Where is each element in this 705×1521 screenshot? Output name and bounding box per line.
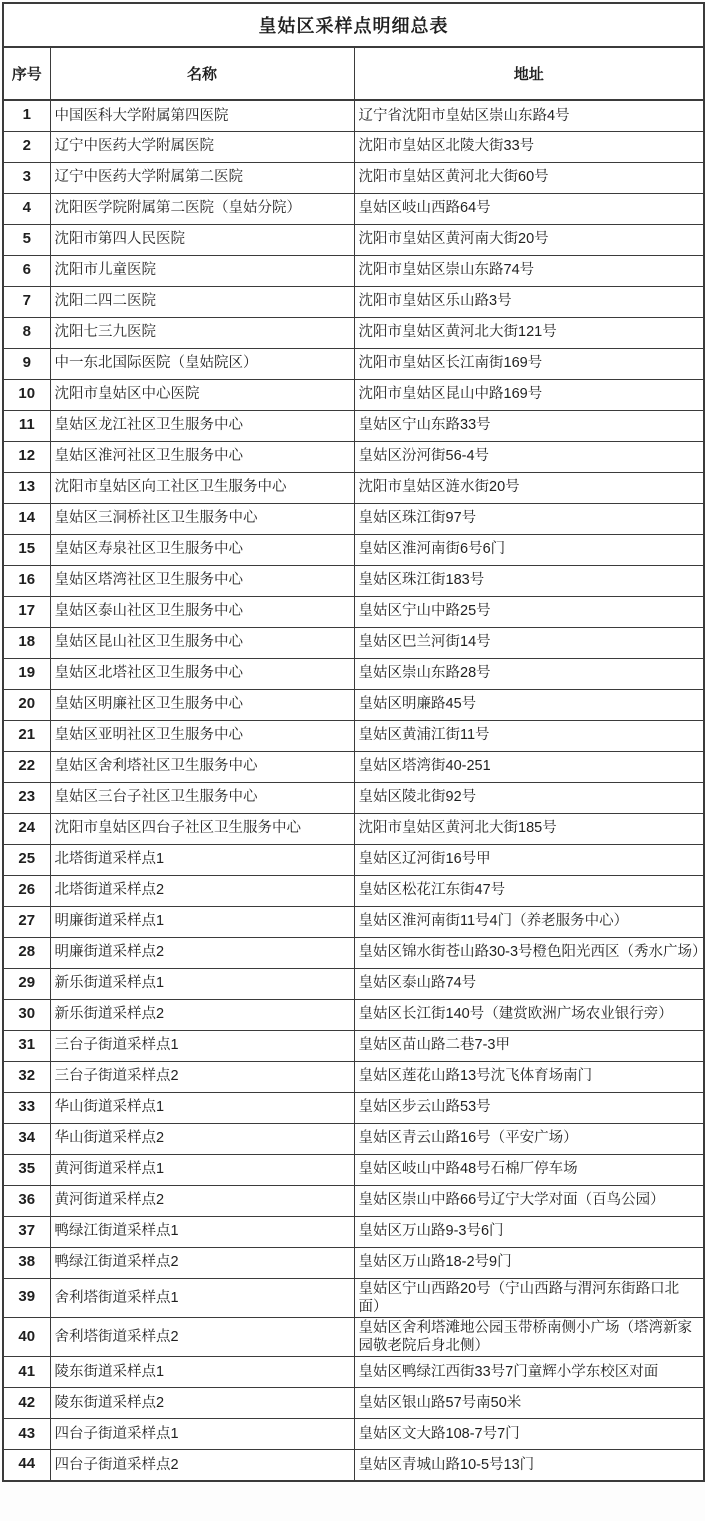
site-name: 皇姑区舍利塔社区卫生服务中心: [50, 751, 354, 782]
row-number: 31: [3, 1030, 50, 1061]
table-row: 43 四台子街道采样点1 皇姑区文大路108-7号7门: [3, 1419, 704, 1450]
row-number: 13: [3, 472, 50, 503]
site-name: 三台子街道采样点2: [50, 1061, 354, 1092]
row-number: 29: [3, 968, 50, 999]
row-number: 14: [3, 503, 50, 534]
site-address: 皇姑区明廉路45号: [354, 689, 704, 720]
site-address: 皇姑区万山路18-2号9门: [354, 1247, 704, 1278]
site-name: 新乐街道采样点1: [50, 968, 354, 999]
site-name: 华山街道采样点2: [50, 1123, 354, 1154]
row-number: 40: [3, 1317, 50, 1356]
row-number: 38: [3, 1247, 50, 1278]
row-number: 20: [3, 689, 50, 720]
table-row: 37 鸭绿江街道采样点1 皇姑区万山路9-3号6门: [3, 1216, 704, 1247]
site-address: 皇姑区塔湾街40-251: [354, 751, 704, 782]
site-name: 鸭绿江街道采样点1: [50, 1216, 354, 1247]
site-address: 皇姑区长江街140号（建赏欧洲广场农业银行旁）: [354, 999, 704, 1030]
table-row: 13 沈阳市皇姑区向工社区卫生服务中心 沈阳市皇姑区涟水街20号: [3, 472, 704, 503]
row-number: 11: [3, 410, 50, 441]
table-row: 29 新乐街道采样点1 皇姑区泰山路74号: [3, 968, 704, 999]
site-name: 皇姑区三台子社区卫生服务中心: [50, 782, 354, 813]
row-number: 10: [3, 379, 50, 410]
row-number: 16: [3, 565, 50, 596]
site-name: 中一东北国际医院（皇姑院区）: [50, 348, 354, 379]
site-name: 皇姑区亚明社区卫生服务中心: [50, 720, 354, 751]
title-row: 皇姑区采样点明细总表: [3, 3, 704, 47]
site-address: 皇姑区莲花山路13号沈飞体育场南门: [354, 1061, 704, 1092]
site-address: 皇姑区岐山中路48号石棉厂停车场: [354, 1154, 704, 1185]
row-number: 3: [3, 162, 50, 193]
table-row: 22 皇姑区舍利塔社区卫生服务中心 皇姑区塔湾街40-251: [3, 751, 704, 782]
row-number: 15: [3, 534, 50, 565]
site-address: 沈阳市皇姑区黄河北大街121号: [354, 317, 704, 348]
site-name: 黄河街道采样点1: [50, 1154, 354, 1185]
site-name: 北塔街道采样点1: [50, 844, 354, 875]
row-number: 27: [3, 906, 50, 937]
site-name: 四台子街道采样点2: [50, 1450, 354, 1481]
site-address: 皇姑区珠江街97号: [354, 503, 704, 534]
table-row: 31 三台子街道采样点1 皇姑区苗山路二巷7-3甲: [3, 1030, 704, 1061]
col-header-address: 地址: [354, 47, 704, 100]
site-name: 黄河街道采样点2: [50, 1185, 354, 1216]
table-row: 12 皇姑区淮河社区卫生服务中心 皇姑区汾河街56-4号: [3, 441, 704, 472]
site-address: 沈阳市皇姑区黄河北大街60号: [354, 162, 704, 193]
site-address: 皇姑区泰山路74号: [354, 968, 704, 999]
row-number: 28: [3, 937, 50, 968]
table-row: 2 辽宁中医药大学附属医院 沈阳市皇姑区北陵大街33号: [3, 131, 704, 162]
site-address: 皇姑区岐山西路64号: [354, 193, 704, 224]
site-address: 皇姑区舍利塔滩地公园玉带桥南侧小广场（塔湾新家园敬老院后身北侧）: [354, 1317, 704, 1356]
site-address: 皇姑区辽河街16号甲: [354, 844, 704, 875]
site-name: 明廉街道采样点1: [50, 906, 354, 937]
table-row: 28 明廉街道采样点2 皇姑区锦水街苍山路30-3号橙色阳光西区（秀水广场）: [3, 937, 704, 968]
site-address: 皇姑区文大路108-7号7门: [354, 1419, 704, 1450]
row-number: 42: [3, 1388, 50, 1419]
site-address: 皇姑区银山路57号南50米: [354, 1388, 704, 1419]
row-number: 5: [3, 224, 50, 255]
table-row: 23 皇姑区三台子社区卫生服务中心 皇姑区陵北街92号: [3, 782, 704, 813]
site-address: 皇姑区珠江街183号: [354, 565, 704, 596]
site-address: 皇姑区陵北街92号: [354, 782, 704, 813]
table-row: 17 皇姑区泰山社区卫生服务中心 皇姑区宁山中路25号: [3, 596, 704, 627]
table-body: 1 中国医科大学附属第四医院 辽宁省沈阳市皇姑区崇山东路4号 2 辽宁中医药大学…: [3, 100, 704, 1481]
row-number: 22: [3, 751, 50, 782]
site-name: 北塔街道采样点2: [50, 875, 354, 906]
site-name: 沈阳市皇姑区向工社区卫生服务中心: [50, 472, 354, 503]
table-row: 27 明廉街道采样点1 皇姑区淮河南街11号4门（养老服务中心）: [3, 906, 704, 937]
site-name: 陵东街道采样点2: [50, 1388, 354, 1419]
row-number: 2: [3, 131, 50, 162]
table-row: 16 皇姑区塔湾社区卫生服务中心 皇姑区珠江街183号: [3, 565, 704, 596]
site-address: 皇姑区黄浦江街11号: [354, 720, 704, 751]
site-name: 沈阳市儿童医院: [50, 255, 354, 286]
row-number: 25: [3, 844, 50, 875]
site-name: 中国医科大学附属第四医院: [50, 100, 354, 131]
site-name: 沈阳市第四人民医院: [50, 224, 354, 255]
row-number: 43: [3, 1419, 50, 1450]
table-row: 10 沈阳市皇姑区中心医院 沈阳市皇姑区昆山中路169号: [3, 379, 704, 410]
row-number: 23: [3, 782, 50, 813]
site-address: 沈阳市皇姑区北陵大街33号: [354, 131, 704, 162]
table-row: 35 黄河街道采样点1 皇姑区岐山中路48号石棉厂停车场: [3, 1154, 704, 1185]
table-row: 44 四台子街道采样点2 皇姑区青城山路10-5号13门: [3, 1450, 704, 1481]
site-address: 皇姑区宁山东路33号: [354, 410, 704, 441]
site-name: 舍利塔街道采样点1: [50, 1278, 354, 1317]
site-name: 陵东街道采样点1: [50, 1357, 354, 1388]
table-row: 8 沈阳七三九医院 沈阳市皇姑区黄河北大街121号: [3, 317, 704, 348]
site-address: 皇姑区松花江东街47号: [354, 875, 704, 906]
row-number: 34: [3, 1123, 50, 1154]
column-header-row: 序号 名称 地址: [3, 47, 704, 100]
site-address: 皇姑区青城山路10-5号13门: [354, 1450, 704, 1481]
row-number: 8: [3, 317, 50, 348]
row-number: 4: [3, 193, 50, 224]
row-number: 17: [3, 596, 50, 627]
site-address: 皇姑区宁山中路25号: [354, 596, 704, 627]
table-row: 36 黄河街道采样点2 皇姑区崇山中路66号辽宁大学对面（百鸟公园）: [3, 1185, 704, 1216]
row-number: 12: [3, 441, 50, 472]
row-number: 7: [3, 286, 50, 317]
row-number: 41: [3, 1357, 50, 1388]
table-row: 21 皇姑区亚明社区卫生服务中心 皇姑区黄浦江街11号: [3, 720, 704, 751]
site-name: 鸭绿江街道采样点2: [50, 1247, 354, 1278]
table-row: 20 皇姑区明廉社区卫生服务中心 皇姑区明廉路45号: [3, 689, 704, 720]
site-name: 沈阳市皇姑区四台子社区卫生服务中心: [50, 813, 354, 844]
table-row: 32 三台子街道采样点2 皇姑区莲花山路13号沈飞体育场南门: [3, 1061, 704, 1092]
table-row: 34 华山街道采样点2 皇姑区青云山路16号（平安广场）: [3, 1123, 704, 1154]
row-number: 39: [3, 1278, 50, 1317]
table-row: 4 沈阳医学院附属第二医院（皇姑分院） 皇姑区岐山西路64号: [3, 193, 704, 224]
site-address: 沈阳市皇姑区长江南街169号: [354, 348, 704, 379]
site-address: 皇姑区宁山西路20号（宁山西路与渭河东街路口北面）: [354, 1278, 704, 1317]
table-row: 38 鸭绿江街道采样点2 皇姑区万山路18-2号9门: [3, 1247, 704, 1278]
table-row: 3 辽宁中医药大学附属第二医院 沈阳市皇姑区黄河北大街60号: [3, 162, 704, 193]
col-header-no: 序号: [3, 47, 50, 100]
table-row: 33 华山街道采样点1 皇姑区步云山路53号: [3, 1092, 704, 1123]
site-address: 沈阳市皇姑区涟水街20号: [354, 472, 704, 503]
site-address: 皇姑区淮河南街6号6门: [354, 534, 704, 565]
table-row: 18 皇姑区昆山社区卫生服务中心 皇姑区巴兰河街14号: [3, 627, 704, 658]
site-address: 皇姑区苗山路二巷7-3甲: [354, 1030, 704, 1061]
row-number: 37: [3, 1216, 50, 1247]
row-number: 30: [3, 999, 50, 1030]
table-row: 14 皇姑区三洞桥社区卫生服务中心 皇姑区珠江街97号: [3, 503, 704, 534]
row-number: 19: [3, 658, 50, 689]
row-number: 1: [3, 100, 50, 131]
site-address: 沈阳市皇姑区乐山路3号: [354, 286, 704, 317]
row-number: 24: [3, 813, 50, 844]
table-row: 6 沈阳市儿童医院 沈阳市皇姑区崇山东路74号: [3, 255, 704, 286]
site-name: 四台子街道采样点1: [50, 1419, 354, 1450]
table-row: 41 陵东街道采样点1 皇姑区鸭绿江西街33号7门童辉小学东校区对面: [3, 1357, 704, 1388]
site-name: 沈阳医学院附属第二医院（皇姑分院）: [50, 193, 354, 224]
site-name: 皇姑区龙江社区卫生服务中心: [50, 410, 354, 441]
site-address: 辽宁省沈阳市皇姑区崇山东路4号: [354, 100, 704, 131]
site-address: 皇姑区淮河南街11号4门（养老服务中心）: [354, 906, 704, 937]
site-name: 沈阳市皇姑区中心医院: [50, 379, 354, 410]
row-number: 32: [3, 1061, 50, 1092]
site-address: 沈阳市皇姑区黄河南大街20号: [354, 224, 704, 255]
table-row: 24 沈阳市皇姑区四台子社区卫生服务中心 沈阳市皇姑区黄河北大街185号: [3, 813, 704, 844]
table-row: 42 陵东街道采样点2 皇姑区银山路57号南50米: [3, 1388, 704, 1419]
row-number: 35: [3, 1154, 50, 1185]
site-name: 辽宁中医药大学附属第二医院: [50, 162, 354, 193]
site-address: 皇姑区青云山路16号（平安广场）: [354, 1123, 704, 1154]
site-name: 皇姑区明廉社区卫生服务中心: [50, 689, 354, 720]
col-header-name: 名称: [50, 47, 354, 100]
table-row: 19 皇姑区北塔社区卫生服务中心 皇姑区崇山东路28号: [3, 658, 704, 689]
row-number: 9: [3, 348, 50, 379]
table-row: 11 皇姑区龙江社区卫生服务中心 皇姑区宁山东路33号: [3, 410, 704, 441]
site-name: 皇姑区淮河社区卫生服务中心: [50, 441, 354, 472]
site-name: 新乐街道采样点2: [50, 999, 354, 1030]
table-row: 1 中国医科大学附属第四医院 辽宁省沈阳市皇姑区崇山东路4号: [3, 100, 704, 131]
table-row: 15 皇姑区寿泉社区卫生服务中心 皇姑区淮河南街6号6门: [3, 534, 704, 565]
site-name: 皇姑区塔湾社区卫生服务中心: [50, 565, 354, 596]
site-name: 沈阳七三九医院: [50, 317, 354, 348]
site-address: 皇姑区步云山路53号: [354, 1092, 704, 1123]
table-row: 9 中一东北国际医院（皇姑院区） 沈阳市皇姑区长江南街169号: [3, 348, 704, 379]
row-number: 44: [3, 1450, 50, 1481]
site-name: 皇姑区三洞桥社区卫生服务中心: [50, 503, 354, 534]
site-address: 皇姑区汾河街56-4号: [354, 441, 704, 472]
site-name: 皇姑区寿泉社区卫生服务中心: [50, 534, 354, 565]
site-address: 沈阳市皇姑区昆山中路169号: [354, 379, 704, 410]
site-address: 皇姑区万山路9-3号6门: [354, 1216, 704, 1247]
site-name: 皇姑区北塔社区卫生服务中心: [50, 658, 354, 689]
table-row: 5 沈阳市第四人民医院 沈阳市皇姑区黄河南大街20号: [3, 224, 704, 255]
table-row: 40 舍利塔街道采样点2 皇姑区舍利塔滩地公园玉带桥南侧小广场（塔湾新家园敬老院…: [3, 1317, 704, 1356]
page: 皇姑区采样点明细总表 序号 名称 地址 1 中国医科大学附属第四医院 辽宁省沈阳…: [0, 0, 705, 1521]
table-row: 25 北塔街道采样点1 皇姑区辽河街16号甲: [3, 844, 704, 875]
page-title: 皇姑区采样点明细总表: [3, 3, 704, 47]
table-row: 39 舍利塔街道采样点1 皇姑区宁山西路20号（宁山西路与渭河东街路口北面）: [3, 1278, 704, 1317]
row-number: 26: [3, 875, 50, 906]
row-number: 6: [3, 255, 50, 286]
site-name: 三台子街道采样点1: [50, 1030, 354, 1061]
table-row: 26 北塔街道采样点2 皇姑区松花江东街47号: [3, 875, 704, 906]
site-name: 舍利塔街道采样点2: [50, 1317, 354, 1356]
site-name: 皇姑区泰山社区卫生服务中心: [50, 596, 354, 627]
site-name: 华山街道采样点1: [50, 1092, 354, 1123]
site-address: 皇姑区鸭绿江西街33号7门童辉小学东校区对面: [354, 1357, 704, 1388]
row-number: 18: [3, 627, 50, 658]
sampling-points-table: 皇姑区采样点明细总表 序号 名称 地址 1 中国医科大学附属第四医院 辽宁省沈阳…: [2, 2, 705, 1482]
row-number: 33: [3, 1092, 50, 1123]
site-address: 沈阳市皇姑区崇山东路74号: [354, 255, 704, 286]
site-address: 皇姑区崇山中路66号辽宁大学对面（百鸟公园）: [354, 1185, 704, 1216]
row-number: 21: [3, 720, 50, 751]
site-name: 皇姑区昆山社区卫生服务中心: [50, 627, 354, 658]
table-row: 7 沈阳二四二医院 沈阳市皇姑区乐山路3号: [3, 286, 704, 317]
table-head: 皇姑区采样点明细总表 序号 名称 地址: [3, 3, 704, 100]
site-name: 辽宁中医药大学附属医院: [50, 131, 354, 162]
site-address: 皇姑区巴兰河街14号: [354, 627, 704, 658]
site-name: 明廉街道采样点2: [50, 937, 354, 968]
site-address: 沈阳市皇姑区黄河北大街185号: [354, 813, 704, 844]
site-name: 沈阳二四二医院: [50, 286, 354, 317]
table-row: 30 新乐街道采样点2 皇姑区长江街140号（建赏欧洲广场农业银行旁）: [3, 999, 704, 1030]
row-number: 36: [3, 1185, 50, 1216]
site-address: 皇姑区锦水街苍山路30-3号橙色阳光西区（秀水广场）: [354, 937, 704, 968]
site-address: 皇姑区崇山东路28号: [354, 658, 704, 689]
